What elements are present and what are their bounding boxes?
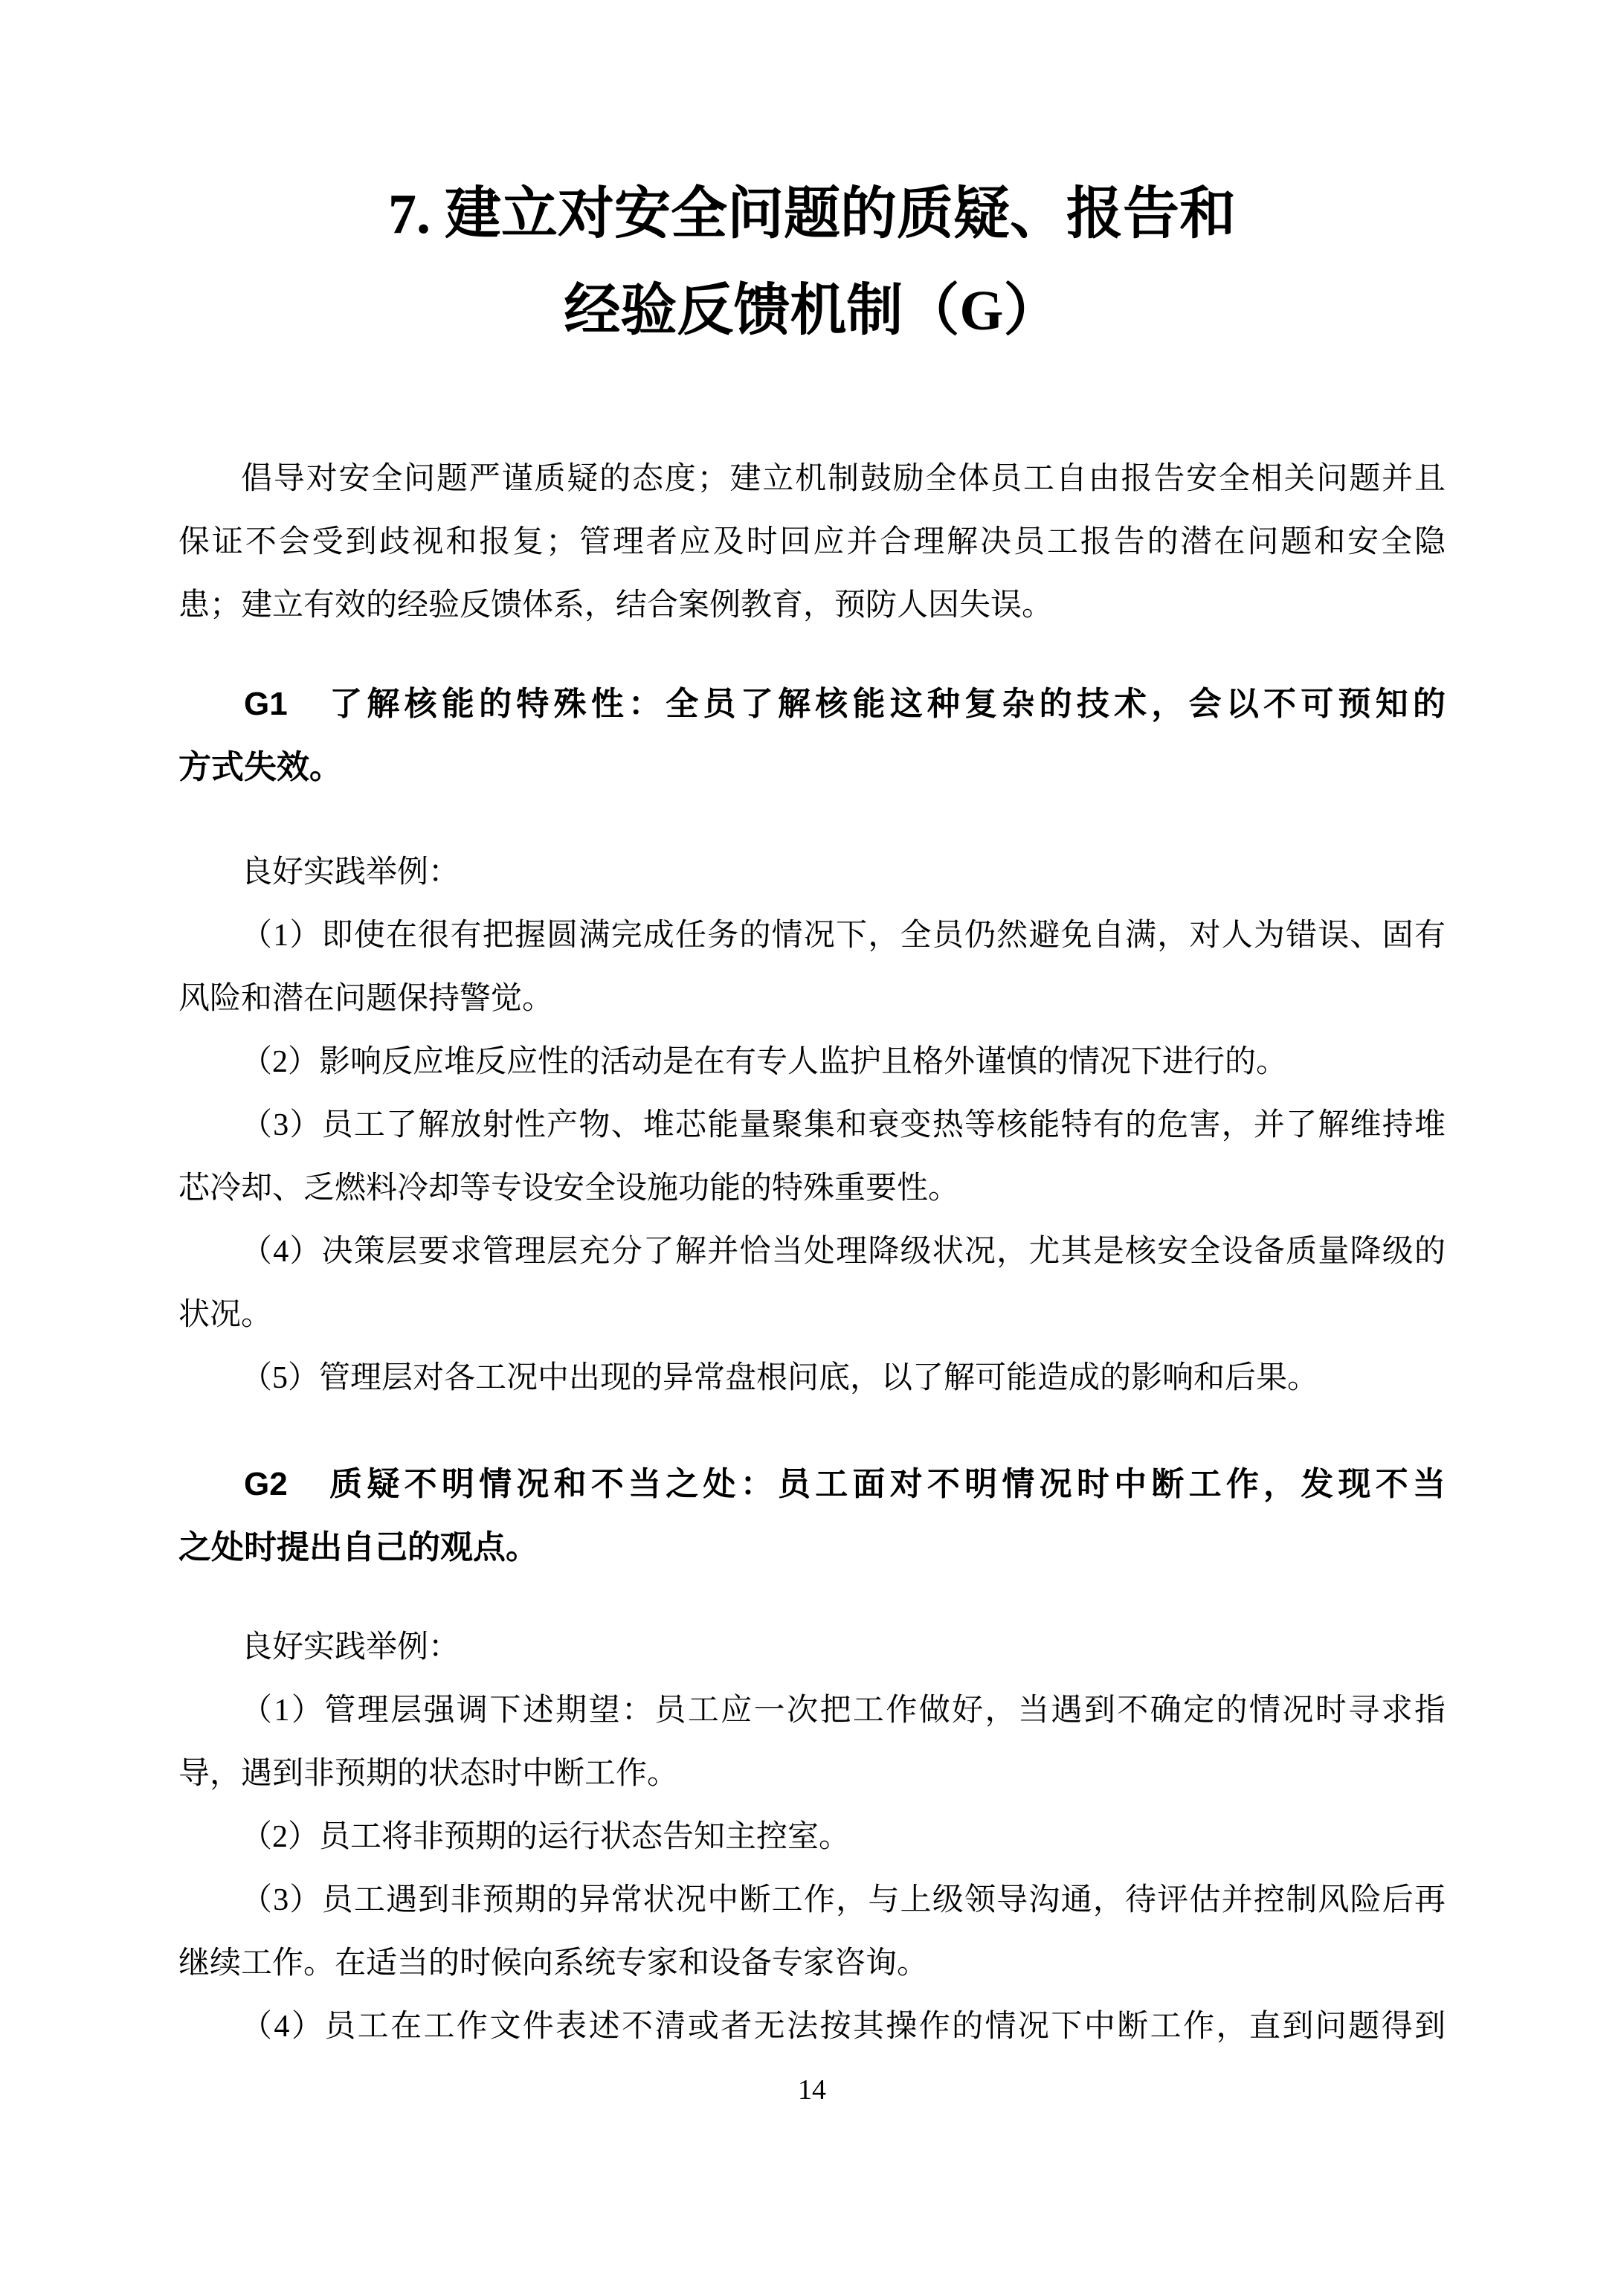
chapter-title-line-1: 7. 建立对安全问题的质疑、报告和 [178, 166, 1446, 263]
g1-item-5: （5）管理层对各工况中出现的异常盘根问底，以了解可能造成的影响和后果。 [178, 1347, 1446, 1410]
g1-item-1-line-2: 风险和潜在问题保持警觉。 [178, 968, 1446, 1031]
g1-item-1-line-1: （1）即使在很有把握圆满完成任务的情况下，全员仍然避免自满，对人为错误、固有 [178, 904, 1446, 968]
g1-heading-line-2: 方式失效。 [178, 736, 1446, 799]
page-footer: 14 [178, 2059, 1446, 2122]
g2-item-2: （2）员工将非预期的运行状态告知主控室。 [178, 1806, 1446, 1869]
g1-item-3: （3）员工了解放射性产物、堆芯能量聚集和衰变热等核能特有的危害，并了解维持堆 芯… [178, 1094, 1446, 1220]
g2-item-1: （1）管理层强调下述期望：员工应一次把工作做好，当遇到不确定的情况时寻求指 导，… [178, 1679, 1446, 1806]
page-number: 14 [798, 2074, 826, 2106]
g2-item-1-line-2: 导，遇到非预期的状态时中断工作。 [178, 1743, 1446, 1806]
g1-item-2: （2）影响反应堆反应性的活动是在有专人监护且格外谨慎的情况下进行的。 [178, 1031, 1446, 1094]
g1-item-3-line-2: 芯冷却、乏燃料冷却等专设安全设施功能的特殊重要性。 [178, 1157, 1446, 1220]
g2-practices-label: 良好实践举例： [178, 1616, 1446, 1679]
intro-line-1: 倡导对安全问题严谨质疑的态度；建立机制鼓励全体员工自由报告安全相关问题并且 [178, 448, 1446, 511]
g2-item-4-line-1: （4）员工在工作文件表述不清或者无法按其操作的情况下中断工作，直到问题得到 [178, 1995, 1446, 2059]
g2-practices-list: （1）管理层强调下述期望：员工应一次把工作做好，当遇到不确定的情况时寻求指 导，… [178, 1679, 1446, 2059]
g2-heading-line-1: G2 质疑不明情况和不当之处：员工面对不明情况时中断工作，发现不当 [178, 1453, 1446, 1516]
chapter-title-line-2: 经验反馈机制（G） [178, 263, 1446, 359]
section-g2-heading: G2 质疑不明情况和不当之处：员工面对不明情况时中断工作，发现不当 之处时提出自… [178, 1453, 1446, 1579]
g2-item-4: （4）员工在工作文件表述不清或者无法按其操作的情况下中断工作，直到问题得到 [178, 1995, 1446, 2059]
g1-item-2-line-1: （2）影响反应堆反应性的活动是在有专人监护且格外谨慎的情况下进行的。 [178, 1031, 1446, 1094]
g1-heading-line-1: G1 了解核能的特殊性：全员了解核能这种复杂的技术，会以不可预知的 [178, 672, 1446, 736]
g1-item-4: （4）决策层要求管理层充分了解并恰当处理降级状况，尤其是核安全设备质量降级的 状… [178, 1220, 1446, 1347]
g1-item-4-line-2: 状况。 [178, 1284, 1446, 1347]
intro-paragraph: 倡导对安全问题严谨质疑的态度；建立机制鼓励全体员工自由报告安全相关问题并且 保证… [178, 448, 1446, 637]
g2-item-3-line-1: （3）员工遇到非预期的异常状况中断工作，与上级领导沟通，待评估并控制风险后再 [178, 1869, 1446, 1932]
chapter-title: 7. 建立对安全问题的质疑、报告和 经验反馈机制（G） [178, 166, 1446, 359]
section-g1-heading: G1 了解核能的特殊性：全员了解核能这种复杂的技术，会以不可预知的 方式失效。 [178, 672, 1446, 799]
g1-item-3-line-1: （3）员工了解放射性产物、堆芯能量聚集和衰变热等核能特有的危害，并了解维持堆 [178, 1094, 1446, 1157]
g1-practices-list: （1）即使在很有把握圆满完成任务的情况下，全员仍然避免自满，对人为错误、固有 风… [178, 904, 1446, 1410]
g1-item-1: （1）即使在很有把握圆满完成任务的情况下，全员仍然避免自满，对人为错误、固有 风… [178, 904, 1446, 1031]
g1-item-5-line-1: （5）管理层对各工况中出现的异常盘根问底，以了解可能造成的影响和后果。 [178, 1347, 1446, 1410]
g1-practices-label: 良好实践举例： [178, 841, 1446, 904]
document-page: 7. 建立对安全问题的质疑、报告和 经验反馈机制（G） 倡导对安全问题严谨质疑的… [0, 0, 1624, 2284]
g1-item-4-line-1: （4）决策层要求管理层充分了解并恰当处理降级状况，尤其是核安全设备质量降级的 [178, 1220, 1446, 1284]
g2-item-2-line-1: （2）员工将非预期的运行状态告知主控室。 [178, 1806, 1446, 1869]
g2-item-3: （3）员工遇到非预期的异常状况中断工作，与上级领导沟通，待评估并控制风险后再 继… [178, 1869, 1446, 1995]
g2-item-3-line-2: 继续工作。在适当的时候向系统专家和设备专家咨询。 [178, 1932, 1446, 1995]
g2-heading-line-2: 之处时提出自己的观点。 [178, 1516, 1446, 1579]
intro-line-3: 患；建立有效的经验反馈体系，结合案例教育，预防人因失误。 [178, 574, 1446, 637]
intro-line-2: 保证不会受到歧视和报复；管理者应及时回应并合理解决员工报告的潜在问题和安全隐 [178, 511, 1446, 574]
g2-item-1-line-1: （1）管理层强调下述期望：员工应一次把工作做好，当遇到不确定的情况时寻求指 [178, 1679, 1446, 1743]
